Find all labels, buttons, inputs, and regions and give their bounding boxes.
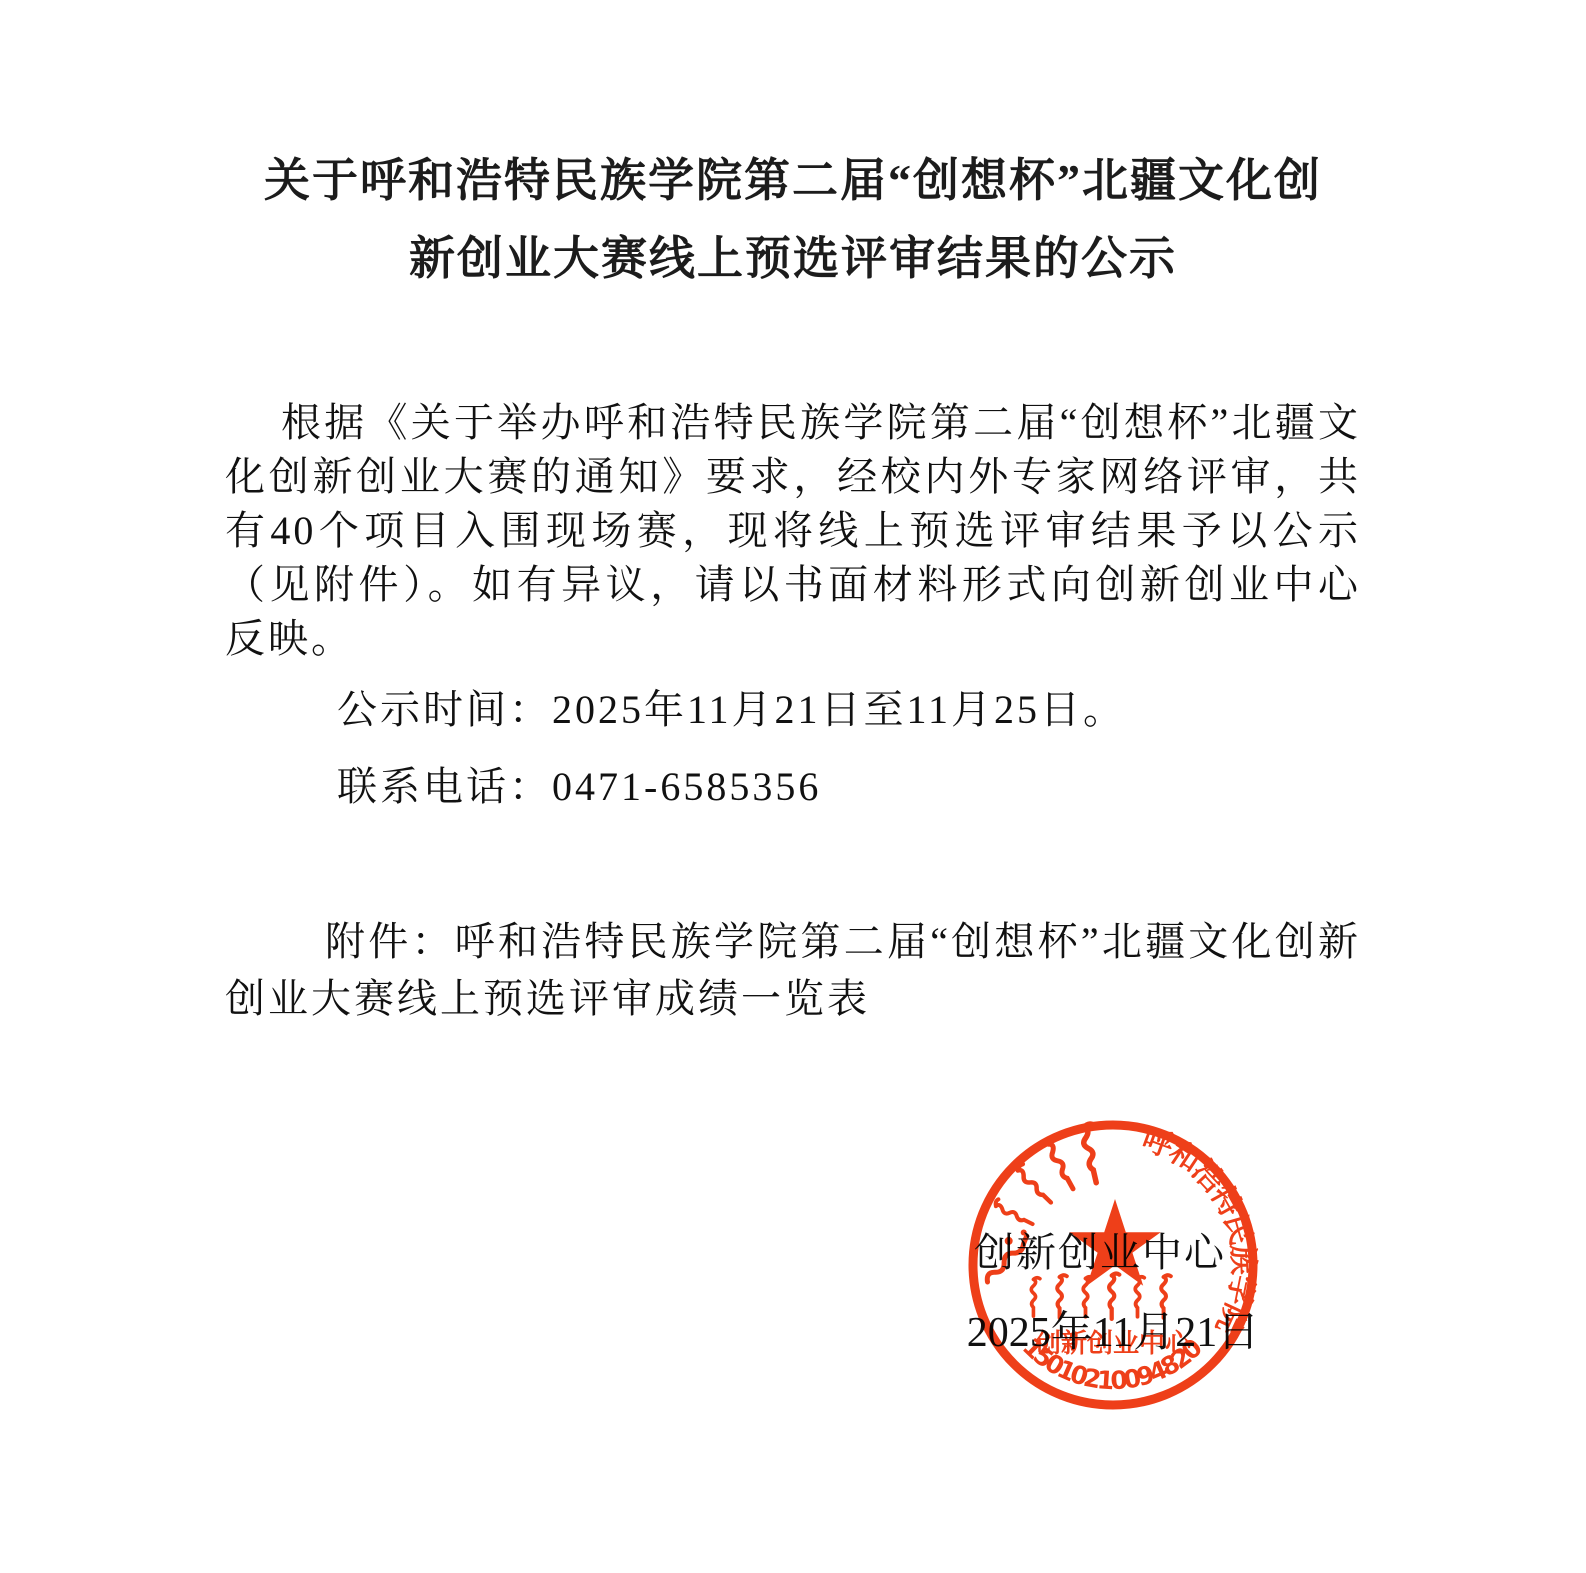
publicity-period: 公示时间：2025年11月21日至11月25日。 bbox=[225, 683, 1361, 737]
contact-phone: 联系电话：0471-6585356 bbox=[225, 760, 1361, 814]
seal-graphic: 呼和浩特民族学院 bbox=[966, 1118, 1260, 1412]
mongolian-script-arc bbox=[993, 1123, 1106, 1245]
title-line-1: 关于呼和浩特民族学院第二届“创想杯”北疆文化创 bbox=[225, 142, 1361, 220]
attachment-line: 附件：呼和浩特民族学院第二届“创想杯”北疆文化创新创业大赛线上预选评审成绩一览表 bbox=[225, 913, 1361, 1027]
seal-arc-text: 呼和浩特民族学院 bbox=[1138, 1123, 1260, 1340]
official-seal: 呼和浩特民族学院 bbox=[966, 1118, 1260, 1412]
page-title: 关于呼和浩特民族学院第二届“创想杯”北疆文化创 新创业大赛线上预选评审结果的公示 bbox=[225, 142, 1361, 298]
notice-page: 关于呼和浩特民族学院第二届“创想杯”北疆文化创 新创业大赛线上预选评审结果的公示… bbox=[0, 0, 1586, 1573]
mongolian-script-row bbox=[1031, 1274, 1171, 1319]
document-body: 关于呼和浩特民族学院第二届“创想杯”北疆文化创 新创业大赛线上预选评审结果的公示… bbox=[225, 0, 1361, 1027]
main-paragraph: 根据《关于举办呼和浩特民族学院第二届“创想杯”北疆文化创新创业大赛的通知》要求，… bbox=[225, 396, 1361, 666]
title-line-2: 新创业大赛线上预选评审结果的公示 bbox=[225, 220, 1361, 298]
